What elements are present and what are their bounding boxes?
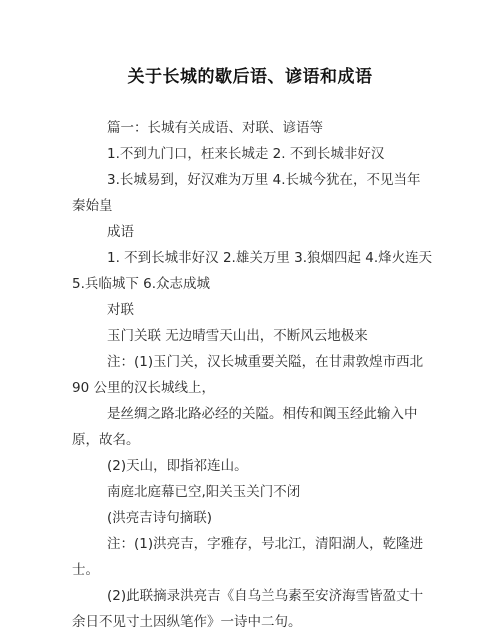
section-heading: 篇一：长城有关成语、对联、谚语等 <box>107 119 323 137</box>
document-title: 关于长城的歇后语、谚语和成语 <box>0 62 500 87</box>
paragraph-line: (洪亮吉诗句摘联) <box>107 509 212 527</box>
paragraph-line: 余日不见寸土因纵笔作》一诗中二句。 <box>72 613 302 631</box>
paragraph-line: 5.兵临城下 6.众志成城 <box>72 275 210 293</box>
paragraph-line: 注：(1)玉门关，汉长城重要关隘，在甘肃敦煌市西北 <box>107 353 423 371</box>
paragraph-line: 玉门关联 无边晴雪天山出，不断风云地极来 <box>107 327 368 345</box>
paragraph-line: 1. 不到长城非好汉 2.雄关万里 3.狼烟四起 4.烽火连天 <box>107 249 432 267</box>
paragraph-line: 是丝绸之路北路必经的关隘。相传和阗玉经此输入中 <box>107 405 418 423</box>
paragraph-line: 士。 <box>72 561 99 579</box>
paragraph-line: (2)此联摘录洪亮吉《自乌兰乌素至安济海雪皆盈丈十 <box>107 587 423 605</box>
paragraph-line: 注：(1)洪亮吉，字雅存，号北江，清阳湖人，乾隆进 <box>107 535 423 553</box>
paragraph-line: 秦始皇 <box>72 197 113 215</box>
paragraph-line: (2)天山，即指祁连山。 <box>107 457 248 475</box>
subheading-idioms: 成语 <box>107 223 134 241</box>
paragraph-line: 原，故名。 <box>72 431 140 449</box>
subheading-couplets: 对联 <box>107 301 134 319</box>
paragraph-line: 南庭北庭幕已空,阳关玉关门不闭 <box>107 483 300 501</box>
document-page: 关于长城的歇后语、谚语和成语 篇一：长城有关成语、对联、谚语等 1.不到九门口，… <box>0 0 500 636</box>
paragraph-line: 90 公里的汉长城线上， <box>72 379 215 397</box>
paragraph-line: 1.不到九门口，枉来长城走 2. 不到长城非好汉 <box>107 145 384 163</box>
paragraph-line: 3.长城易到，好汉难为万里 4.长城今犹在，不见当年 <box>107 171 421 189</box>
